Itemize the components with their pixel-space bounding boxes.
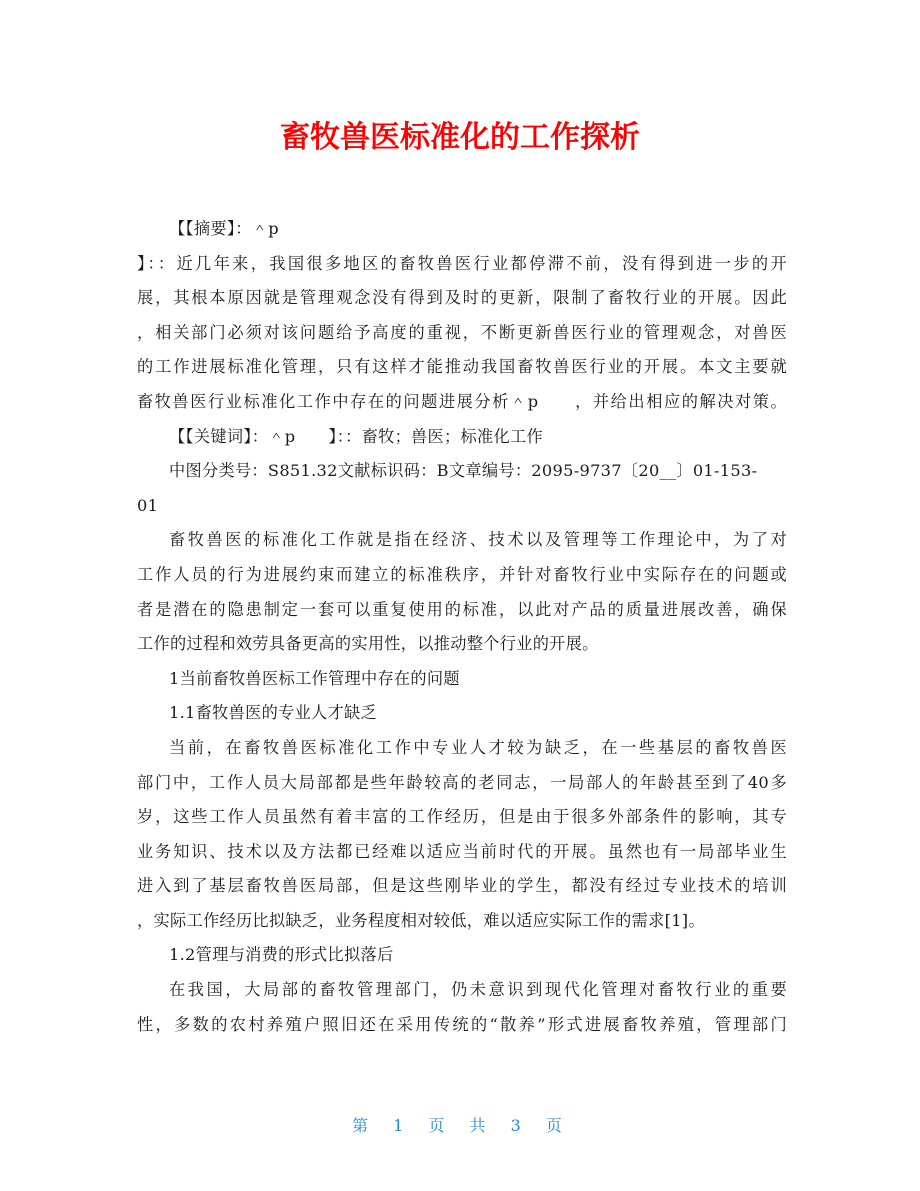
document-body: 【【摘要】：＾p】：：近几年来，我国很多地区的畜牧兽医行业都停滞不前，没有得到进…	[137, 212, 787, 1042]
text-line: 】：：近几年来，我国很多地区的畜牧兽医行业都停滞不前，没有得到进一步的开	[137, 247, 787, 282]
document-page: 畜牧兽医标准化的工作探析 【【摘要】：＾p】：：近几年来，我国很多地区的畜牧兽医…	[0, 0, 920, 1191]
text-line: 当前，在畜牧兽医标准化工作中专业人才较为缺乏，在一些基层的畜牧兽医	[137, 731, 787, 766]
text-line: 1.1畜牧兽医的专业人才缺乏	[137, 696, 787, 731]
text-line: 性，多数的农村养殖户照旧还在采用传统的“散养”形式进展畜牧养殖，管理部门	[137, 1008, 787, 1043]
text-line: 【【摘要】：＾p	[137, 212, 787, 247]
text-line: 在我国，大局部的畜牧管理部门，仍未意识到现代化管理对畜牧行业的重要	[137, 973, 787, 1008]
text-line: 业务知识、技术以及方法都已经难以适应当前时代的开展。虽然也有一局部毕业生	[137, 835, 787, 870]
text-line: 中图分类号：S851.32文献标识码：B文章编号：2095-9737〔20__〕…	[137, 454, 787, 489]
page-number-footer: 第 1 页 共 3 页	[0, 1113, 920, 1136]
text-line: ，相关部门必须对该问题给予高度的重视，不断更新兽医行业的管理观念，对兽医	[137, 316, 787, 351]
text-line: 1.2管理与消费的形式比拟落后	[137, 938, 787, 973]
text-line: 部门中，工作人员大局部都是些年龄较高的老同志，一局部人的年龄甚至到了40多	[137, 766, 787, 801]
text-line: 【【关键词】：＾p 】：：畜牧；兽医；标准化工作	[137, 420, 787, 455]
text-line: 畜牧兽医的标准化工作就是指在经济、技术以及管理等工作理论中，为了对	[137, 523, 787, 558]
text-line: 者是潜在的隐患制定一套可以重复使用的标准，以此对产品的质量进展改善，确保	[137, 593, 787, 628]
document-title: 畜牧兽医标准化的工作探析	[0, 116, 920, 160]
text-line: 01	[137, 489, 787, 524]
text-line: 1当前畜牧兽医标工作管理中存在的问题	[137, 662, 787, 697]
text-line: 进入到了基层畜牧兽医局部，但是这些刚毕业的学生，都没有经过专业技术的培训	[137, 869, 787, 904]
text-line: 展，其根本原因就是管理观念没有得到及时的更新，限制了畜牧行业的开展。因此	[137, 281, 787, 316]
text-line: 工作的过程和效劳具备更高的实用性，以推动整个行业的开展。	[137, 627, 787, 662]
text-line: 工作人员的行为进展约束而建立的标准秩序，并针对畜牧行业中实际存在的问题或	[137, 558, 787, 593]
text-line: ，实际工作经历比拟缺乏，业务程度相对较低，难以适应实际工作的需求[1]。	[137, 904, 787, 939]
text-line: 岁，这些工作人员虽然有着丰富的工作经历，但是由于很多外部条件的影响，其专	[137, 800, 787, 835]
text-line: 畜牧兽医行业标准化工作中存在的问题进展分析＾p ，并给出相应的解决对策。	[137, 385, 787, 420]
text-line: 的工作进展标准化管理，只有这样才能推动我国畜牧兽医行业的开展。本文主要就	[137, 350, 787, 385]
